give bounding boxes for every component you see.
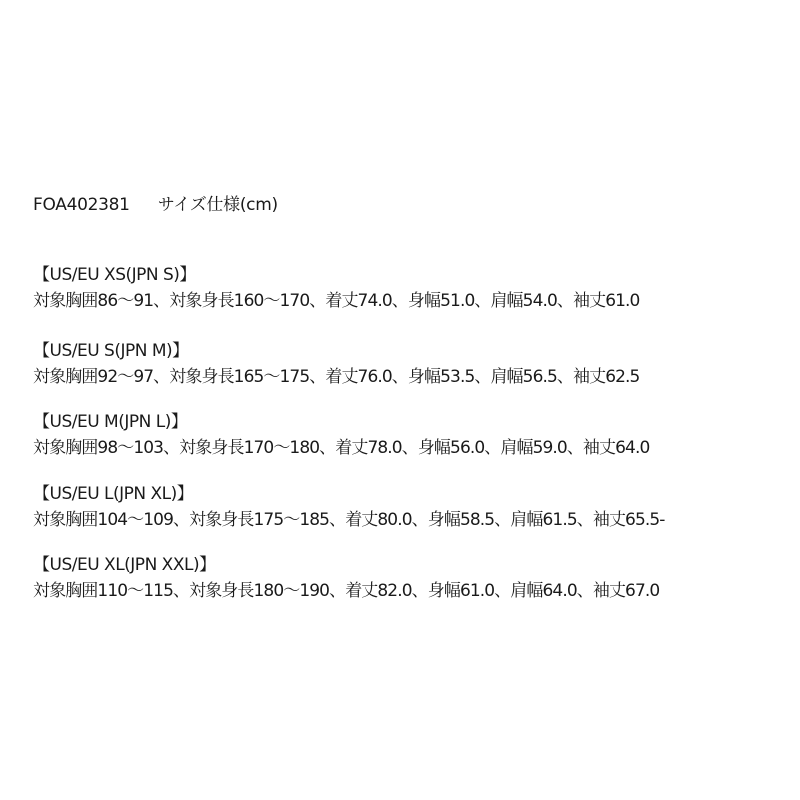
product-code: FOA402381 xyxy=(33,195,130,215)
size-spec-text: 対象胸囲92～97、対象身長165～175、着丈76.0、身幅53.5、肩幅56… xyxy=(33,364,639,390)
size-label: 【US/EU L(JPN XL)】 xyxy=(33,481,665,507)
size-section-m: 【US/EU M(JPN L)】 対象胸囲98～103、対象身長170～180、… xyxy=(33,409,649,461)
size-section-s: 【US/EU S(JPN M)】 対象胸囲92～97、対象身長165～175、着… xyxy=(33,338,639,390)
size-label: 【US/EU XL(JPN XXL)】 xyxy=(33,552,659,578)
size-section-xl: 【US/EU XL(JPN XXL)】 対象胸囲110～115、対象身長180～… xyxy=(33,552,659,604)
size-label: 【US/EU M(JPN L)】 xyxy=(33,409,649,435)
size-spec-text: 対象胸囲86～91、対象身長160～170、着丈74.0、身幅51.0、肩幅54… xyxy=(33,288,639,314)
size-section-xs: 【US/EU XS(JPN S)】 対象胸囲86～91、対象身長160～170、… xyxy=(33,262,639,314)
size-spec-text: 対象胸囲110～115、対象身長180～190、着丈82.0、身幅61.0、肩幅… xyxy=(33,578,659,604)
size-label: 【US/EU S(JPN M)】 xyxy=(33,338,639,364)
size-label: 【US/EU XS(JPN S)】 xyxy=(33,262,639,288)
title-text: サイズ仕様(cm) xyxy=(158,195,278,215)
size-section-l: 【US/EU L(JPN XL)】 対象胸囲104～109、対象身長175～18… xyxy=(33,481,665,533)
document-title: FOA402381サイズ仕様(cm) xyxy=(33,193,278,217)
size-spec-text: 対象胸囲98～103、対象身長170～180、着丈78.0、身幅56.0、肩幅5… xyxy=(33,435,649,461)
size-spec-text: 対象胸囲104～109、対象身長175～185、着丈80.0、身幅58.5、肩幅… xyxy=(33,507,665,533)
